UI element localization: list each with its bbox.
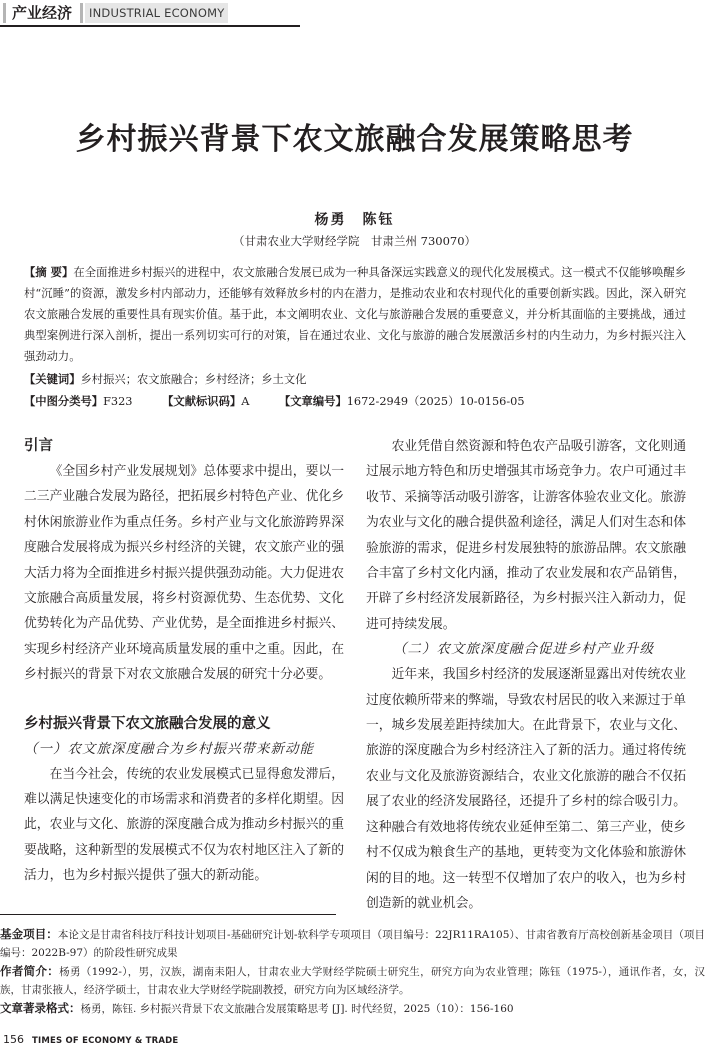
footnotes: 基金项目：本论文是甘肃省科技厅科技计划项目-基础研究计划-软科学专项项目（项目编… [0,925,705,1018]
page-footer: 156TIMES OF ECONOMY & TRADE [3,1033,178,1046]
page-number: 156 [3,1033,24,1046]
body-column-right: 农业凭借自然资源和特色农产品吸引游客，文化则通过展示地方特色和历史增强其市场竞争… [366,434,686,916]
running-header: 产业经济 INDUSTRIAL ECONOMY [0,0,709,30]
doc-code-value: A [241,395,249,408]
article-no-value: 1672-2949（2025）10-0156-05 [347,395,525,408]
clc-label: 【中图分类号】 [24,395,103,408]
citation-text: 杨勇，陈钰. 乡村振兴背景下农文旅融合发展策略思考 [J]. 时代经贸，2025… [81,1003,514,1015]
section-label-en: INDUSTRIAL ECONOMY [85,3,228,23]
abstract-text: 在全面推进乡村振兴的进程中，农文旅融合发展已成为一种具备深远实践意义的现代化发展… [24,266,686,363]
journal-name: TIMES OF ECONOMY & TRADE [32,1036,178,1046]
section-label-cn: 产业经济 [12,2,72,24]
keywords-text: 乡村振兴；农文旅融合；乡村经济；乡土文化 [81,373,307,386]
authors: 杨勇 陈钰 [0,211,709,229]
header-accent-bar [3,3,6,23]
citation-label: 文章著录格式： [0,1001,81,1015]
doc-code-label: 【文献标识码】 [162,395,241,408]
body-column-left: 引言 《全国乡村产业发展规划》总体要求中提出，要以一二三产业融合发展为路径，把拓… [24,434,344,889]
subsection-heading: （一）农文旅深度融合为乡村振兴带来新动能 [24,737,344,762]
body-paragraph: 农业凭借自然资源和特色农产品吸引游客，文化则通过展示地方特色和历史增强其市场竞争… [366,434,686,637]
intro-paragraph: 《全国乡村产业发展规划》总体要求中提出，要以一二三产业融合发展为路径，把拓展乡村… [24,459,344,688]
author-note: 作者简介：杨勇（1992-），男，汉族，湖南耒阳人，甘肃农业大学财经学院硕士研究… [0,962,705,999]
intro-heading: 引言 [24,434,344,459]
footnote-divider [0,914,336,915]
header-accent-bar [80,3,83,23]
fund-note: 基金项目：本论文是甘肃省科技厅科技计划项目-基础研究计划-软科学专项项目（项目编… [0,925,705,962]
article-title: 乡村振兴背景下农文旅融合发展策略思考 [0,120,709,160]
citation-note: 文章著录格式：杨勇，陈钰. 乡村振兴背景下农文旅融合发展策略思考 [J]. 时代… [0,999,705,1018]
body-paragraph: 在当今社会，传统的农业发展模式已显得愈发滞后，难以满足快速变化的市场需求和消费者… [24,762,344,889]
abstract: 【摘 要】在全面推进乡村振兴的进程中，农文旅融合发展已成为一种具备深远实践意义的… [24,262,686,367]
body-paragraph: 近年来，我国乡村经济的发展逐渐显露出对传统农业过度依赖所带来的弊端，导致农村居民… [366,662,686,916]
abstract-label: 【摘 要】 [24,266,73,279]
header-rule [0,25,300,27]
keywords: 【关键词】乡村振兴；农文旅融合；乡村经济；乡土文化 [24,370,704,390]
fund-label: 基金项目： [0,927,58,941]
author-text: 杨勇（1992-），男，汉族，湖南耒阳人，甘肃农业大学财经学院硕士研究生，研究方… [0,966,705,996]
author-label: 作者简介： [0,964,59,978]
clc-value: F323 [103,395,132,408]
fund-text: 本论文是甘肃省科技厅科技计划项目-基础研究计划-软科学专项项目（项目编号：22J… [0,929,705,959]
article-no-label: 【文章编号】 [279,395,347,408]
affiliation: （甘肃农业大学财经学院 甘肃兰州 730070） [0,233,709,249]
keywords-label: 【关键词】 [24,373,81,386]
subsection-heading: （二）农文旅深度融合促进乡村产业升级 [366,637,686,662]
classification-line: 【中图分类号】F323 【文献标识码】A 【文章编号】1672-2949（202… [24,392,704,412]
section-heading: 乡村振兴背景下农文旅融合发展的意义 [24,712,344,737]
